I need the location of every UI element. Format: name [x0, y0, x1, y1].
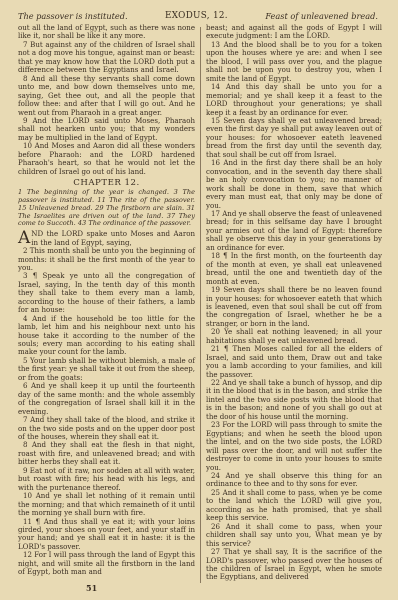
- verse: 20 Ye shall eat nothing leavened; in all…: [206, 328, 382, 345]
- verse: 26 And it shall come to pass, when your …: [206, 523, 382, 548]
- page-number: 51: [86, 583, 97, 593]
- verse: 12 For I will pass through the land of E…: [18, 551, 195, 576]
- verse: 22 And ye shall take a bunch of hyssop, …: [206, 379, 382, 421]
- first-verse: AND the LORD spake unto Moses and Aaron …: [18, 230, 195, 247]
- verse: 9 Eat not of it raw, nor sodden at all w…: [18, 467, 195, 492]
- verse: 27 That ye shall say, It is the sacrific…: [206, 548, 382, 582]
- verse: 8 And all these thy servants shall come …: [18, 75, 195, 117]
- verse: 17 And ye shall observe the feast of unl…: [206, 210, 382, 252]
- column-divider: [200, 27, 201, 583]
- verse: 5 Your lamb shall be without blemish, a …: [18, 357, 195, 382]
- first-verse-text: ND the LORD spake unto Moses and Aaron i…: [31, 229, 195, 246]
- verse: 11 ¶ And thus shall ye eat it; with your…: [18, 518, 195, 552]
- header-right-title: Feast of unleavened bread.: [265, 9, 378, 23]
- verse: 21 ¶ Then Moses called for all the elder…: [206, 345, 382, 379]
- verse: 16 And in the first day there shall be a…: [206, 159, 382, 210]
- bible-page: The passover is instituted. EXODUS, 12. …: [0, 0, 398, 600]
- chapter-summary: 1 The beginning of the year is changed. …: [18, 189, 195, 228]
- verse: 13 And the blood shall be to you for a t…: [206, 41, 382, 83]
- running-header: The passover is instituted. EXODUS, 12. …: [18, 9, 378, 23]
- verse: 23 For the LORD will pass through to smi…: [206, 421, 382, 472]
- verse: beast; and against all the gods of Egypt…: [206, 24, 382, 41]
- verse: 18 ¶ In the first month, on the fourteen…: [206, 252, 382, 286]
- verse: 24 And ye shall observe this thing for a…: [206, 472, 382, 489]
- verse: 7 But against any of the children of Isr…: [18, 41, 195, 75]
- left-column: out all the land of Egypt, such as there…: [18, 24, 195, 577]
- header-book-chapter: EXODUS, 12.: [165, 9, 228, 23]
- verse: 3 ¶ Speak ye unto all the congregation o…: [18, 272, 195, 314]
- header-left-title: The passover is instituted.: [18, 9, 128, 23]
- chapter-heading: CHAPTER 12.: [18, 178, 195, 188]
- verse: 8 And they shall eat the flesh in that n…: [18, 441, 195, 466]
- verse: 15 Seven days shall ye eat unleavened br…: [206, 117, 382, 159]
- verse: 9 And the LORD said unto Moses, Pharaoh …: [18, 117, 195, 142]
- verse: 7 And they shall take of the blood, and …: [18, 416, 195, 441]
- verse: 2 This month shall be unto you the begin…: [18, 247, 195, 272]
- verse: 25 And it shall come to pass, when ye be…: [206, 489, 382, 523]
- verse: 4 And if the household be too little for…: [18, 315, 195, 357]
- verse: out all the land of Egypt, such as there…: [18, 24, 195, 41]
- verse: 14 And this day shall be unto you for a …: [206, 83, 382, 117]
- verse: 19 Seven days shall there be no leaven f…: [206, 286, 382, 328]
- verse: 10 And Moses and Aaron did all these won…: [18, 142, 195, 176]
- verse: 10 And ye shall let nothing of it remain…: [18, 492, 195, 517]
- right-column: beast; and against all the gods of Egypt…: [206, 24, 382, 582]
- verse: 6 And ye shall keep it up until the four…: [18, 382, 195, 416]
- drop-cap: A: [18, 231, 30, 246]
